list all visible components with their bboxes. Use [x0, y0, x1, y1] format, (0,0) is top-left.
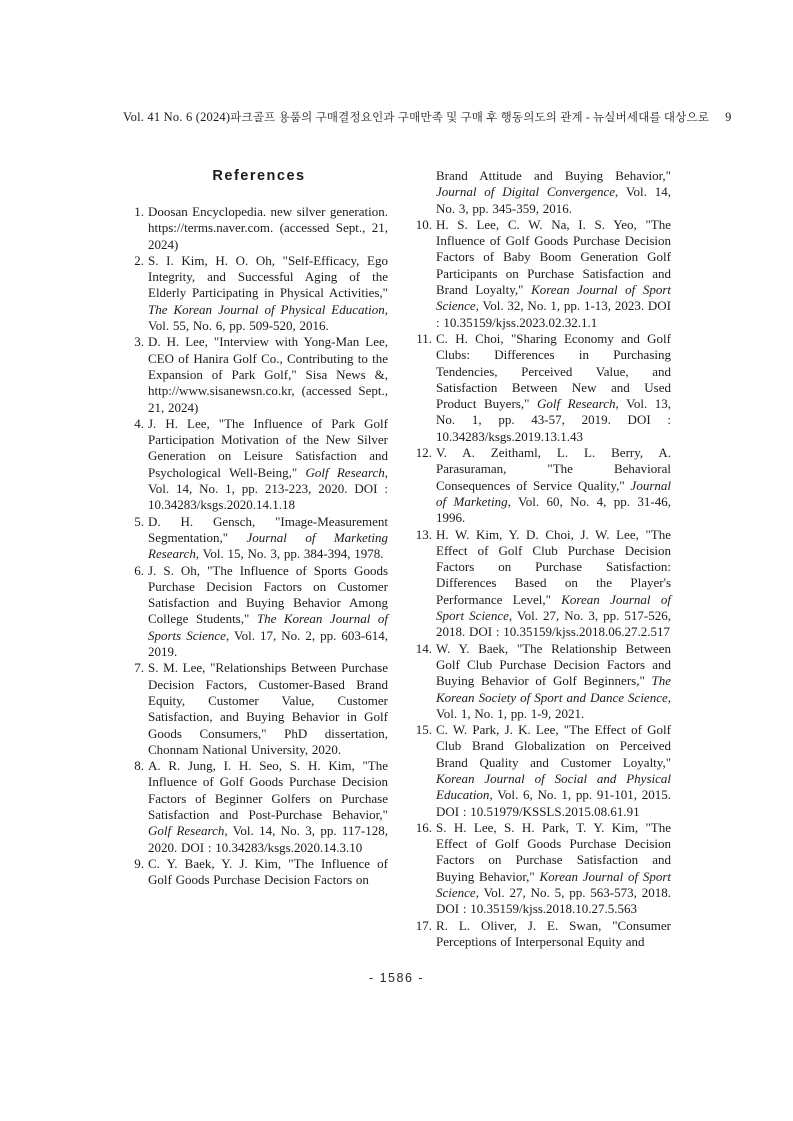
reference-text: D. H. Gensch, "Image-Measurement Segment…	[148, 514, 388, 562]
page-header: Vol. 41 No. 6 (2024) 파크골프 용품의 구매결정요인과 구매…	[123, 109, 673, 125]
reference-text-segment: , Vol. 15, No. 3, pp. 384-394, 1978.	[196, 546, 384, 561]
reference-item: 7.S. M. Lee, "Relationships Between Purc…	[130, 660, 388, 758]
reference-text: W. Y. Baek, "The Relationship Between Go…	[436, 641, 671, 721]
reference-item: 4.J. H. Lee, "The Influence of Park Golf…	[130, 416, 388, 514]
reference-text: D. H. Lee, "Interview with Yong-Man Lee,…	[148, 334, 388, 414]
reference-number: 10.	[414, 217, 432, 233]
reference-item: 3.D. H. Lee, "Interview with Yong-Man Le…	[130, 334, 388, 415]
reference-text-segment: D. H. Lee, "Interview with Yong-Man Lee,…	[148, 334, 388, 414]
reference-text: C. H. Choi, "Sharing Economy and Golf Cl…	[436, 331, 671, 444]
reference-item: 9.C. Y. Baek, Y. J. Kim, "The Influence …	[130, 856, 388, 889]
reference-number: 13.	[414, 527, 432, 543]
reference-text-segment: Golf Research	[148, 823, 224, 838]
reference-number: 14.	[414, 641, 432, 657]
reference-number: 11.	[414, 331, 432, 347]
header-page-number: 9	[725, 110, 731, 125]
reference-text-segment: Doosan Encyclopedia. new silver generati…	[148, 204, 388, 252]
reference-text-segment: Golf Research	[305, 465, 384, 480]
reference-number: 8.	[130, 758, 144, 774]
reference-continuation: Brand Attitude and Buying Behavior," Jou…	[414, 168, 671, 217]
reference-number: 5.	[130, 514, 144, 530]
reference-item: 1.Doosan Encyclopedia. new silver genera…	[130, 204, 388, 253]
reference-text-segment: A. R. Jung, I. H. Seo, S. H. Kim, "The I…	[148, 758, 388, 822]
journal-volume-info: Vol. 41 No. 6 (2024)	[123, 110, 230, 125]
reference-text: C. Y. Baek, Y. J. Kim, "The Influence of…	[148, 856, 388, 887]
two-column-body: References 1.Doosan Encyclopedia. new si…	[130, 168, 671, 950]
reference-text: V. A. Zeithaml, L. L. Berry, A. Parasura…	[436, 445, 671, 525]
reference-item: 10.H. S. Lee, C. W. Na, I. S. Yeo, "The …	[414, 217, 671, 331]
reference-text-segment: R. L. Oliver, J. E. Swan, "Consumer Perc…	[436, 918, 671, 949]
reference-text-segment: Golf Research	[537, 396, 616, 411]
left-column: References 1.Doosan Encyclopedia. new si…	[130, 168, 388, 950]
reference-number: 17.	[414, 918, 432, 934]
reference-text-segment: C. Y. Baek, Y. J. Kim, "The Influence of…	[148, 856, 388, 887]
document-page: Vol. 41 No. 6 (2024) 파크골프 용품의 구매결정요인과 구매…	[0, 0, 793, 1121]
reference-text: H. S. Lee, C. W. Na, I. S. Yeo, "The Inf…	[436, 217, 671, 330]
right-column: Brand Attitude and Buying Behavior," Jou…	[414, 168, 671, 950]
reference-item: 6.J. S. Oh, "The Influence of Sports Goo…	[130, 563, 388, 661]
reference-text-segment: C. W. Park, J. K. Lee, "The Effect of Go…	[436, 722, 671, 770]
reference-item: 17.R. L. Oliver, J. E. Swan, "Consumer P…	[414, 918, 671, 951]
reference-item: 2.S. I. Kim, H. O. Oh, "Self-Efficacy, E…	[130, 253, 388, 334]
reference-text-segment: Brand Attitude and Buying Behavior,"	[436, 168, 671, 183]
reference-number: 15.	[414, 722, 432, 738]
reference-item: 5.D. H. Gensch, "Image-Measurement Segme…	[130, 514, 388, 563]
reference-text: J. S. Oh, "The Influence of Sports Goods…	[148, 563, 388, 659]
reference-text: Doosan Encyclopedia. new silver generati…	[148, 204, 388, 252]
reference-item: 8.A. R. Jung, I. H. Seo, S. H. Kim, "The…	[130, 758, 388, 856]
reference-number: 3.	[130, 334, 144, 350]
reference-text: S. I. Kim, H. O. Oh, "Self-Efficacy, Ego…	[148, 253, 388, 333]
reference-text-segment: S. I. Kim, H. O. Oh, "Self-Efficacy, Ego…	[148, 253, 388, 301]
reference-number: 9.	[130, 856, 144, 872]
reference-text: R. L. Oliver, J. E. Swan, "Consumer Perc…	[436, 918, 671, 949]
references-heading: References	[130, 168, 388, 184]
reference-number: 4.	[130, 416, 144, 432]
reference-item: 13.H. W. Kim, Y. D. Choi, J. W. Lee, "Th…	[414, 527, 671, 641]
footer-page-number: - 1586 -	[0, 971, 793, 985]
reference-text: H. W. Kim, Y. D. Choi, J. W. Lee, "The E…	[436, 527, 671, 640]
reference-item: 11.C. H. Choi, "Sharing Economy and Golf…	[414, 331, 671, 445]
reference-text: S. M. Lee, "Relationships Between Purcha…	[148, 660, 388, 756]
reference-text-segment: The Korean Journal of Physical Education	[148, 302, 385, 317]
reference-number: 6.	[130, 563, 144, 579]
reference-number: 2.	[130, 253, 144, 269]
reference-list-right: 10.H. S. Lee, C. W. Na, I. S. Yeo, "The …	[414, 217, 671, 950]
reference-list-left: 1.Doosan Encyclopedia. new silver genera…	[130, 204, 388, 888]
reference-text-segment: S. M. Lee, "Relationships Between Purcha…	[148, 660, 388, 756]
reference-item: 14.W. Y. Baek, "The Relationship Between…	[414, 641, 671, 722]
reference-number: 16.	[414, 820, 432, 836]
reference-text: C. W. Park, J. K. Lee, "The Effect of Go…	[436, 722, 671, 818]
reference-item: 12.V. A. Zeithaml, L. L. Berry, A. Paras…	[414, 445, 671, 526]
reference-text-segment: W. Y. Baek, "The Relationship Between Go…	[436, 641, 671, 689]
reference-item: 15.C. W. Park, J. K. Lee, "The Effect of…	[414, 722, 671, 820]
reference-text: S. H. Lee, S. H. Park, T. Y. Kim, "The E…	[436, 820, 671, 916]
reference-number: 12.	[414, 445, 432, 461]
reference-text-segment: Journal of Digital Convergence	[436, 184, 615, 199]
reference-number: 7.	[130, 660, 144, 676]
running-title: 파크골프 용품의 구매결정요인과 구매만족 및 구매 후 행동의도의 관계 - …	[230, 109, 709, 125]
reference-text: A. R. Jung, I. H. Seo, S. H. Kim, "The I…	[148, 758, 388, 854]
reference-item: 16.S. H. Lee, S. H. Park, T. Y. Kim, "Th…	[414, 820, 671, 918]
reference-text: J. H. Lee, "The Influence of Park Golf P…	[148, 416, 388, 512]
reference-number: 1.	[130, 204, 144, 220]
